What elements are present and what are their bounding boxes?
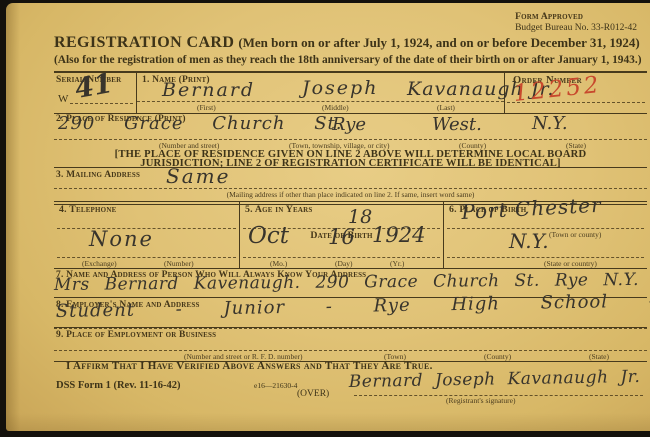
card-title-note: (Men born on or after July 1, 1924, and … (238, 35, 639, 50)
telephone-value: None (89, 227, 154, 251)
title-line: REGISTRATION CARD (Men born on or after … (54, 34, 647, 52)
employment-sub-county: (County) (484, 352, 511, 361)
over-note: (OVER) (297, 389, 329, 399)
contact-person-value: Mrs Bernard Kavenaugh. 290 Grace Church … (54, 270, 639, 295)
form-area: Form Approved Budget Bureau No. 33-R012-… (54, 3, 647, 431)
registration-card: Form Approved Budget Bureau No. 33-R012-… (6, 3, 650, 431)
age-cell: 5. Age in Years 18 Date of Birth Oct 16 … (240, 201, 444, 268)
registrant-signature: Bernard Joseph Kavanaugh Jr. (349, 367, 641, 392)
order-number-cell: Order Number 12252 (505, 73, 647, 113)
row-employer: 8. Employer's Name and Address Student -… (54, 297, 647, 329)
telephone-sub-number: (Number) (164, 259, 194, 268)
age-fill-line-2 (243, 257, 440, 258)
card-subtitle: (Also for the registration of men as the… (54, 54, 647, 66)
employment-place-label: 9. Place of Employment or Business (56, 330, 216, 340)
dob-sub-month: (Mo.) (270, 259, 287, 268)
approval-line2: Budget Bureau No. 33-R012-42 (515, 23, 637, 34)
form-approval-stamp: Form Approved Budget Bureau No. 33-R012-… (515, 12, 637, 33)
name-middle-value: Joseph (302, 77, 378, 99)
age-label: 5. Age in Years (245, 204, 313, 215)
dob-day-value: 16 (328, 225, 355, 249)
birth-sub-town: (Town or county) (549, 230, 601, 239)
form-id: DSS Form 1 (Rev. 11-16-42) (56, 380, 181, 391)
birth-state-value: N.Y. (509, 229, 549, 253)
telephone-fill-line-2 (57, 257, 236, 258)
dob-sub-day: (Day) (335, 259, 353, 268)
residence-state-value: N.Y. (532, 113, 568, 134)
mailing-address-label: 3. Mailing Address (56, 170, 140, 180)
print-code: e16—21630-4 (254, 381, 297, 390)
telephone-sub-exchange: (Exchange) (82, 259, 117, 268)
approval-line1: Form Approved (515, 12, 637, 23)
place-of-birth-cell: 6. Place of Birth Port Chester (Town or … (444, 201, 647, 268)
birth-fill-line-2 (447, 257, 644, 258)
dob-sub-year: (Yr.) (390, 259, 404, 268)
signature-sub-label: (Registrant's signature) (446, 396, 515, 405)
serial-prefix: W (58, 93, 68, 105)
row-serial-name-order: Serial Number W 41 1. Name (Print) Berna… (54, 71, 647, 114)
dob-month-value: Oct (248, 223, 289, 249)
name-first-value: Bernard (162, 79, 255, 101)
row-residence: 2. Place of Residence (Print) 290 Grace … (54, 111, 647, 168)
residence-town-value: Rye (332, 114, 366, 135)
employment-fill-line (54, 350, 647, 351)
residence-county-value: West. (432, 114, 482, 135)
mailing-fill-line (54, 188, 647, 189)
card-title: REGISTRATION CARD (54, 34, 234, 51)
serial-number-cell: Serial Number W 41 (54, 73, 137, 113)
employment-sub-state: (State) (589, 352, 609, 361)
card-footer: DSS Form 1 (Rev. 11-16-42) e16—21630-4 (… (54, 374, 647, 408)
mailing-address-value: Same (166, 164, 230, 188)
dob-year-value: 1924 (372, 223, 425, 247)
scanned-document: Form Approved Budget Bureau No. 33-R012-… (0, 0, 650, 437)
serial-number-value: 41 (73, 68, 115, 105)
birth-sub-state: (State or country) (544, 259, 597, 268)
affirmation-statement: I Affirm That I Have Verified Above Answ… (66, 360, 433, 372)
row-place-of-employment: 9. Place of Employment or Business (Numb… (54, 327, 647, 362)
name-fill-line (137, 101, 504, 102)
row-telephone-age-birth: 4. Telephone None (Exchange) (Number) 5.… (54, 201, 647, 269)
name-cell: 1. Name (Print) Bernard Joseph Kavanaugh… (137, 73, 505, 113)
residence-street-value: 290 Grace Church St. (58, 113, 343, 134)
telephone-cell: 4. Telephone None (Exchange) (Number) (54, 201, 240, 268)
residence-fill-line (54, 139, 647, 140)
telephone-label: 4. Telephone (59, 204, 116, 215)
